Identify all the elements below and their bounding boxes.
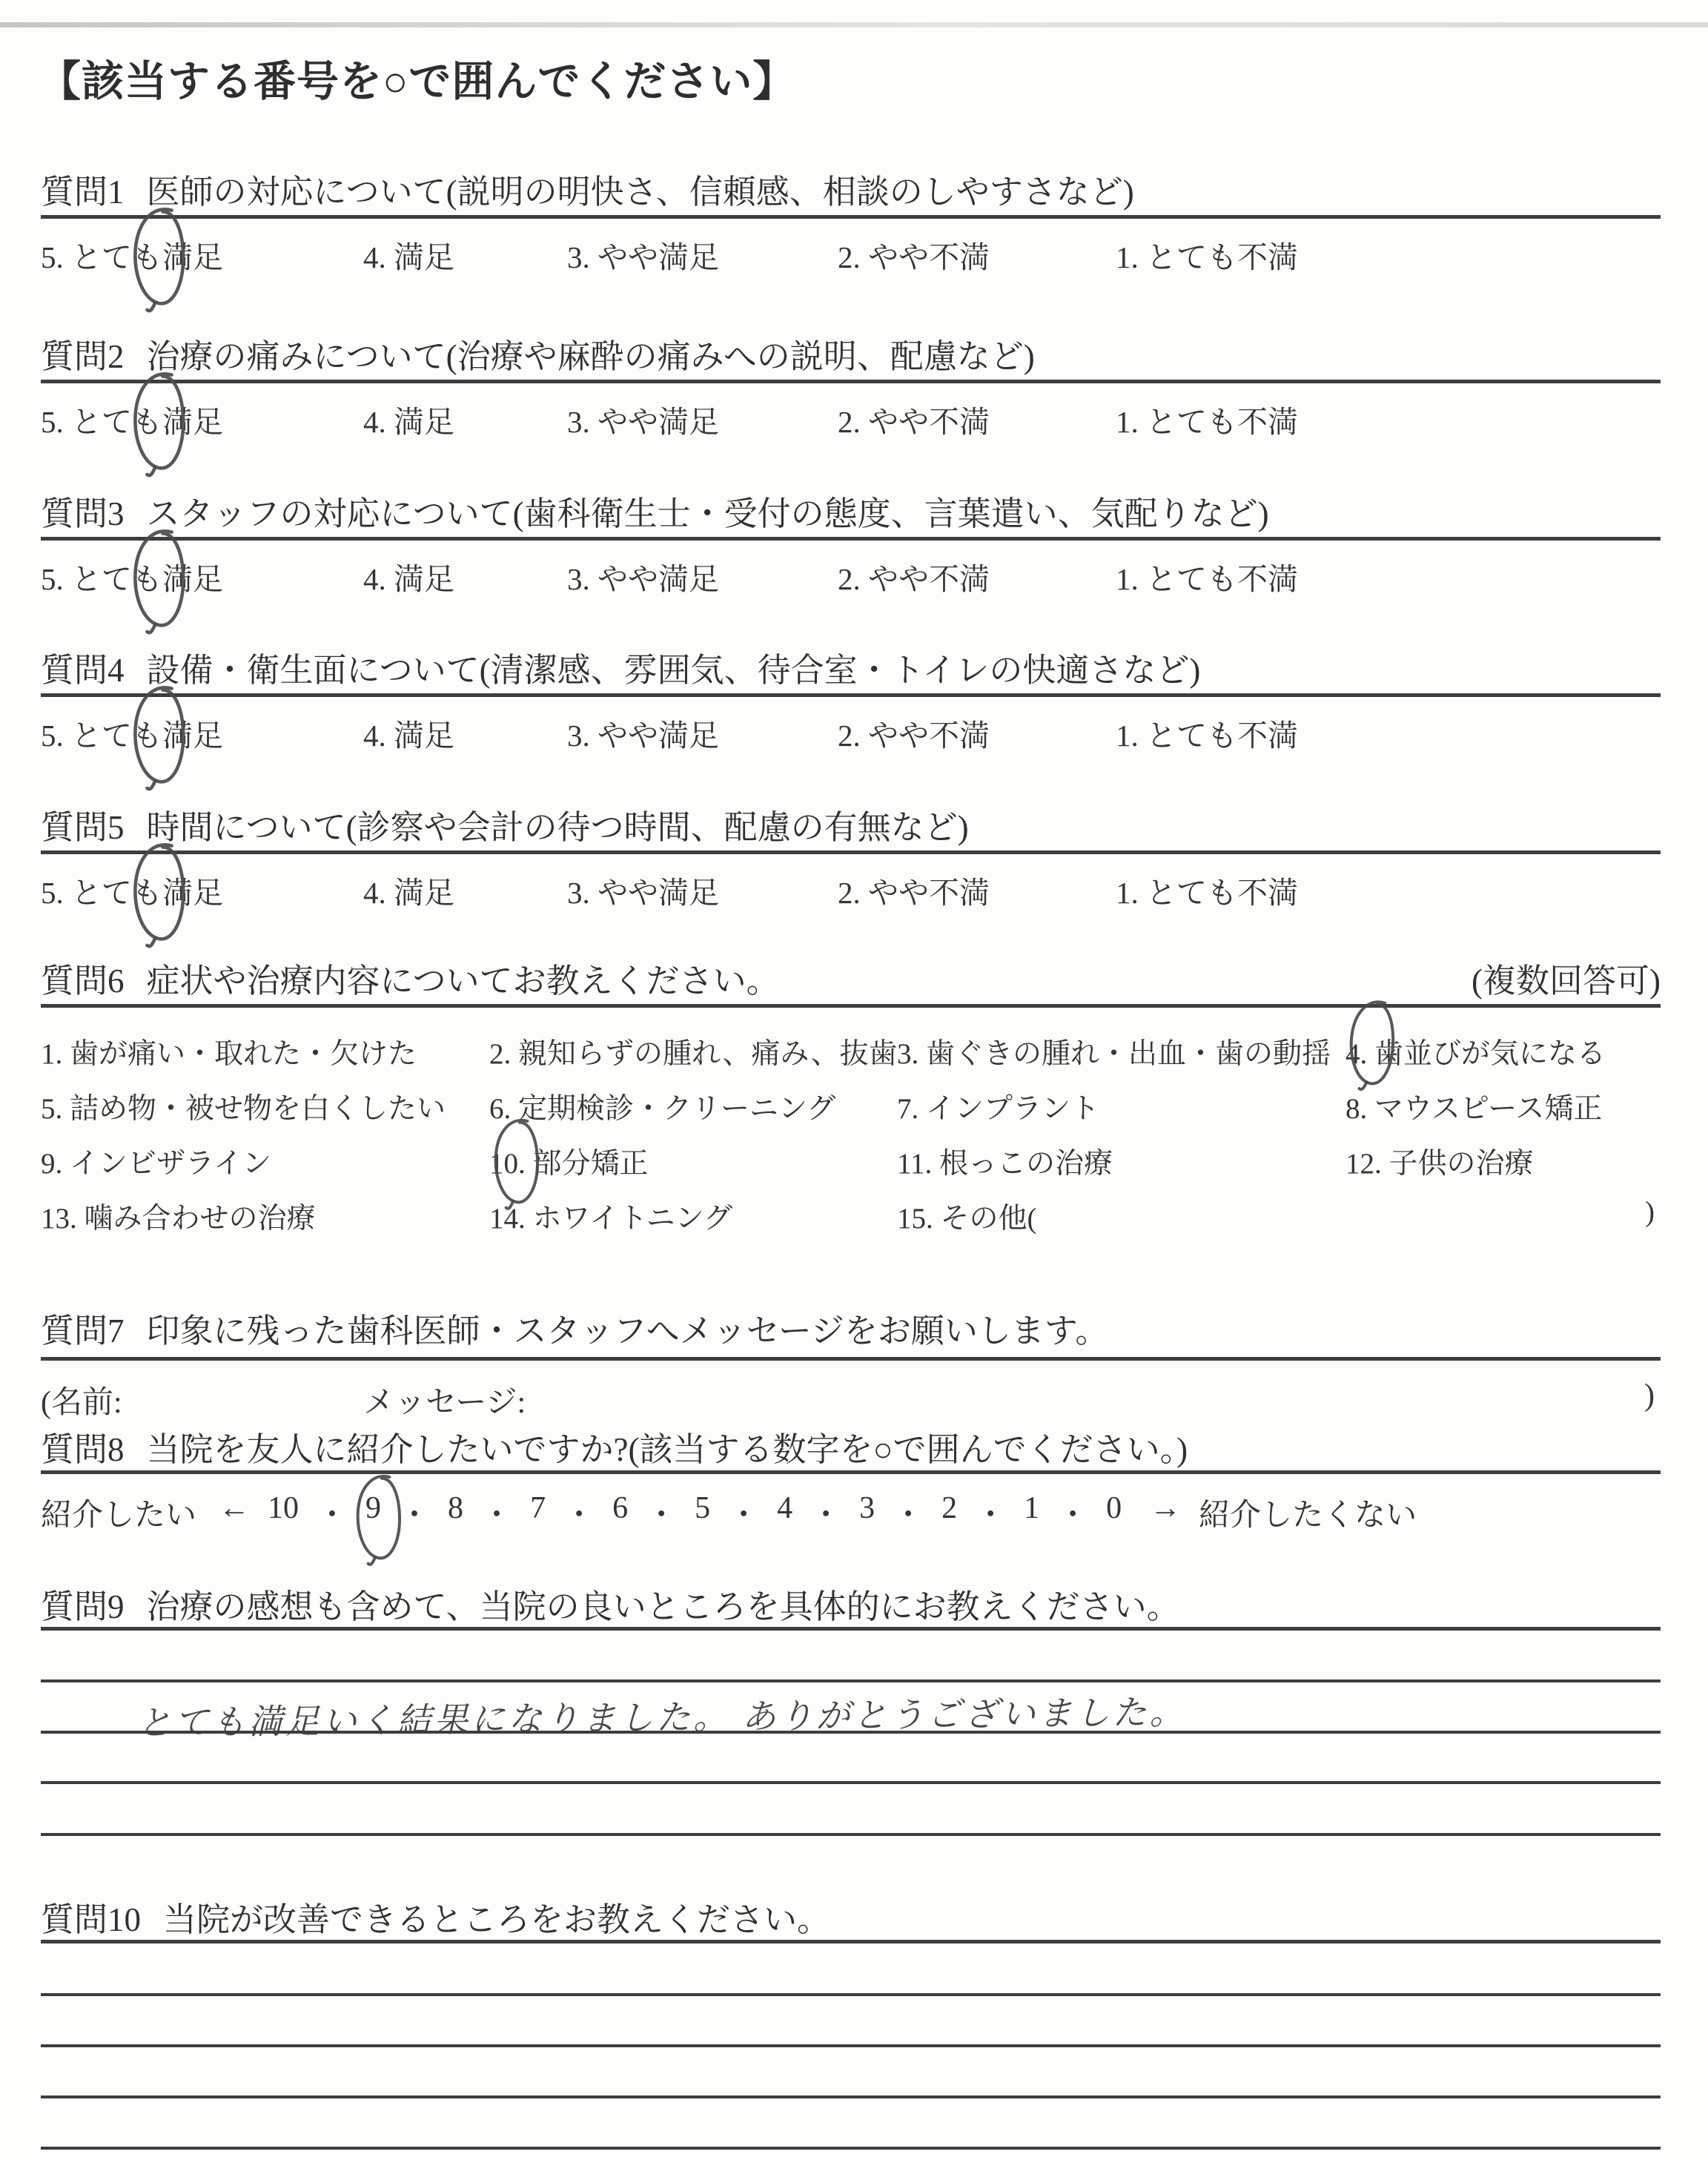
option-label: 5. とても満足 [41,876,223,910]
q6-item-1[interactable]: 1. 歯が痛い・取れた・欠けた [41,1031,417,1072]
question-1-options: 5. とても満足 4. 満足 3. やや満足 2. やや不満 1. とても不満 [41,233,1661,280]
q6-row-2: 5. 詰め物・被せ物を白くしたい 6. 定期検診・クリーニング 7. インプラン… [41,1086,1661,1132]
option-label: 1. とても不満 [1116,240,1298,274]
dot-separator: ・ [399,1490,430,1535]
name-field-label[interactable]: (名前: [41,1378,122,1422]
q6-item-11[interactable]: 11. 根っこの治療 [897,1140,1113,1182]
q6-item-5[interactable]: 5. 詰め物・被せ物を白くしたい [41,1086,446,1127]
question-5-heading: 質問5時間について(診察や会計の待つ時間、配慮の有無など) [41,800,1661,848]
writing-line[interactable] [41,1781,1661,1784]
option-label: 3. やや満足 [567,240,719,274]
scale-value-10[interactable]: 10 [268,1490,299,1526]
question-10: 質問10当院が改善できるところをお教えください。 [41,1892,1661,2156]
scale-value-1[interactable]: 1 [1024,1490,1039,1526]
dot-separator: ・ [317,1490,348,1535]
question-2-heading: 質問2治療の痛みについて(治療や麻酔の痛みへの説明、配慮など) [41,329,1661,377]
item-label: 13. 噛み合わせの治療 [41,1203,316,1235]
question-5-option-2[interactable]: 2. やや不満 [838,868,990,912]
q6-item-3[interactable]: 3. 歯ぐきの腫れ・出血・歯の動揺 [897,1031,1331,1072]
q6-item-12[interactable]: 12. 子供の治療 [1345,1140,1534,1182]
writing-line[interactable] [41,1731,1661,1734]
question-1-option-1[interactable]: 1. とても不満 [1116,233,1298,277]
q6-row-4: 13. 噛み合わせの治療 14. ホワイトニング 15. その他( ) [41,1195,1661,1241]
option-label: 4. 満足 [363,405,454,439]
question-5-option-3[interactable]: 3. やや満足 [567,868,719,912]
question-9-underline [41,1627,1661,1631]
q6-item-4[interactable]: 4. 歯並びが気になる [1345,1031,1606,1072]
question-6-heading: 質問6症状や治療内容についてお教えください。 [41,954,1661,1002]
dot-separator: ・ [646,1490,677,1535]
item-label: 8. マウスピース矯正 [1345,1093,1602,1125]
question-5-options: 5. とても満足 4. 満足 3. やや満足 2. やや不満 1. とても不満 [41,868,1661,916]
writing-line[interactable] [41,2095,1661,2098]
question-3-option-3[interactable]: 3. やや満足 [567,555,719,598]
option-label: 2. やや不満 [838,876,990,910]
item-label: 12. 子供の治療 [1345,1148,1534,1180]
question-4-heading: 質問4設備・衛生面について(清潔感、雰囲気、待合室・トイレの快適さなど) [41,643,1661,691]
right-arrow-icon: → [1150,1490,1181,1526]
option-label: 5. とても満足 [41,719,223,753]
question-8-underline [41,1470,1661,1474]
question-4-option-3[interactable]: 3. やや満足 [567,711,719,755]
question-2: 質問2治療の痛みについて(治療や麻酔の痛みへの説明、配慮など) 5. とても満足… [41,329,1661,377]
question-8: 質問8当院を友人に紹介したいですか?(該当する数字を○で囲んでください。) 紹介… [41,1422,1661,1571]
question-9: 質問9治療の感想も含めて、当院の良いところを具体的にお教えください。 とても満足… [41,1579,1661,1846]
question-3-option-1[interactable]: 1. とても不満 [1116,555,1298,598]
dot-separator: ・ [563,1490,595,1535]
question-2-title: 治療の痛みについて(治療や麻酔の痛みへの説明、配慮など) [147,338,1035,375]
question-2-underline [41,380,1661,383]
option-label: 5. とても満足 [41,405,223,439]
nps-scale-row: 紹介したい ← 10 ・ 9 ・ 8 ・ 7 ・ 6 ・ 5 ・ 4 ・ 3 ・… [41,1490,1661,1535]
option-label: 2. やや不満 [838,240,990,274]
scale-value-7[interactable]: 7 [530,1490,546,1526]
option-label: 1. とても不満 [1116,405,1298,439]
writing-line[interactable] [41,2044,1661,2047]
writing-line[interactable] [41,2147,1661,2150]
question-3-option-2[interactable]: 2. やや不満 [838,555,990,598]
option-label: 3. やや満足 [567,719,719,753]
question-10-number: 質問10 [41,1901,141,1938]
question-3: 質問3スタッフの対応について(歯科衛生士・受付の態度、言葉遣い、気配りなど) 5… [41,486,1661,535]
question-1-option-4[interactable]: 4. 満足 [363,233,454,277]
scale-value-4[interactable]: 4 [777,1490,792,1526]
multiple-answers-note: (複数回答可) [1472,954,1661,1002]
question-4-option-2[interactable]: 2. やや不満 [838,711,990,755]
question-7: 質問7印象に残った歯科医師・スタッフへメッセージをお願いします。 (名前: メッ… [41,1304,1661,1430]
question-5-option-4[interactable]: 4. 満足 [363,868,454,912]
q6-item-15[interactable]: 15. その他( [897,1195,1037,1237]
item-label: 3. 歯ぐきの腫れ・出血・歯の動揺 [897,1038,1331,1070]
question-3-heading: 質問3スタッフの対応について(歯科衛生士・受付の態度、言葉遣い、気配りなど) [41,486,1661,535]
option-label: 3. やや満足 [567,405,719,439]
question-10-underline [41,1940,1661,1943]
writing-line[interactable] [41,1993,1661,1996]
question-9-number: 質問9 [41,1588,125,1625]
question-1-number: 質問1 [41,174,125,211]
question-3-title: スタッフの対応について(歯科衛生士・受付の態度、言葉遣い、気配りなど) [147,495,1269,532]
item-label: 10. 部分矯正 [489,1148,649,1180]
item-label: 4. 歯並びが気になる [1345,1038,1606,1070]
dot-separator: ・ [975,1490,1006,1535]
dot-separator: ・ [893,1490,924,1535]
question-7-underline [41,1357,1661,1361]
question-4-option-1[interactable]: 1. とても不満 [1116,711,1298,755]
question-5-underline [41,851,1661,854]
question-2-options: 5. とても満足 4. 満足 3. やや満足 2. やや不満 1. とても不満 [41,397,1661,445]
scale-value-5[interactable]: 5 [695,1490,710,1526]
q6-item-6[interactable]: 6. 定期検診・クリーニング [489,1086,835,1127]
question-4-option-4[interactable]: 4. 満足 [363,711,454,755]
handwritten-answer: とても満足いく結果になりました。 ありがとうございました。 [137,1685,1187,1745]
question-7-title: 印象に残った歯科医師・スタッフへメッセージをお願いします。 [147,1312,1109,1350]
question-8-heading: 質問8当院を友人に紹介したいですか?(該当する数字を○で囲んでください。) [41,1422,1661,1470]
scale-left-label: 紹介したい [41,1490,196,1535]
option-label: 3. やや満足 [567,562,719,596]
scale-value-9[interactable]: 9 [365,1490,381,1526]
item-label: 9. インビザライン [41,1148,271,1180]
question-6-number: 質問6 [41,962,125,1000]
writing-line[interactable] [41,1680,1661,1682]
question-10-title: 当院が改善できるところをお教えください。 [163,1901,830,1938]
scale-value-6[interactable]: 6 [612,1490,628,1526]
dot-separator: ・ [728,1490,759,1535]
option-label: 4. 満足 [363,240,454,274]
q6-row-3: 9. インビザライン 10. 部分矯正 11. 根っこの治療 12. 子供の治療 [41,1140,1661,1186]
q7-answer-row: (名前: メッセージ: ) [41,1378,1661,1422]
option-label: 2. やや不満 [838,562,990,596]
question-6: 質問6症状や治療内容についてお教えください。 (複数回答可) 1. 歯が痛い・取… [41,954,1661,1250]
q6-item-13[interactable]: 13. 噛み合わせの治療 [41,1195,316,1237]
question-3-options: 5. とても満足 4. 満足 3. やや満足 2. やや不満 1. とても不満 [41,555,1661,602]
scale-value-label: 9 [365,1491,381,1525]
scale-value-8[interactable]: 8 [448,1490,463,1526]
option-label: 4. 満足 [363,719,454,753]
item-label: 14. ホワイトニング [489,1203,732,1235]
scale-right-label: 紹介したくない [1199,1490,1417,1535]
item-label: 1. 歯が痛い・取れた・欠けた [41,1038,417,1070]
question-4-number: 質問4 [41,652,125,689]
question-1-heading: 質問1医師の対応について(説明の明快さ、信頼感、相談のしやすさなど) [41,165,1661,213]
question-4-option-5[interactable]: 5. とても満足 [41,711,223,755]
option-label: 2. やや不満 [838,719,990,753]
question-4: 質問4設備・衛生面について(清潔感、雰囲気、待合室・トイレの快適さなど) 5. … [41,643,1661,691]
question-5-number: 質問5 [41,809,125,846]
item-label: 6. 定期検診・クリーニング [489,1093,835,1125]
writing-line[interactable] [41,1833,1661,1836]
dot-separator: ・ [481,1490,512,1535]
question-2-option-1[interactable]: 1. とても不満 [1116,397,1298,441]
q6-item-14[interactable]: 14. ホワイトニング [489,1195,732,1237]
q6-row-1: 1. 歯が痛い・取れた・欠けた 2. 親知らずの腫れ、痛み、抜歯 3. 歯ぐきの… [41,1031,1661,1077]
page-title: 【該当する番号を○で囲んでください】 [39,47,795,108]
question-2-number: 質問2 [41,338,125,375]
question-3-option-5[interactable]: 5. とても満足 [41,555,223,598]
scale-value-2[interactable]: 2 [941,1490,957,1526]
option-label: 4. 満足 [363,876,454,910]
scale-value-0[interactable]: 0 [1106,1490,1122,1526]
question-1-underline [41,215,1661,219]
dot-separator: ・ [1057,1490,1088,1535]
question-7-heading: 質問7印象に残った歯科医師・スタッフへメッセージをお願いします。 [41,1304,1661,1352]
dot-separator: ・ [810,1490,841,1535]
question-4-underline [41,693,1661,697]
question-2-option-4[interactable]: 4. 満足 [363,397,454,441]
item-label: 5. 詰め物・被せ物を白くしたい [41,1093,446,1125]
scan-artifact-line [0,22,1708,27]
scale-value-3[interactable]: 3 [859,1490,875,1526]
close-paren: ) [1644,1378,1655,1413]
option-label: 4. 満足 [363,562,454,596]
option-label: 5. とても満足 [41,562,223,596]
question-6-underline [41,1004,1661,1008]
question-5: 質問5時間について(診察や会計の待つ時間、配慮の有無など) 5. とても満足 4… [41,800,1661,848]
question-5-option-5[interactable]: 5. とても満足 [41,868,223,912]
question-2-option-2[interactable]: 2. やや不満 [838,397,990,441]
question-9-heading: 質問9治療の感想も含めて、当院の良いところを具体的にお教えください。 [41,1579,1661,1628]
option-label: 1. とても不満 [1116,719,1298,753]
q6-item-8[interactable]: 8. マウスピース矯正 [1345,1086,1602,1127]
question-2-option-3[interactable]: 3. やや満足 [567,397,719,441]
question-9-title: 治療の感想も含めて、当院の良いところを具体的にお教えください。 [147,1588,1180,1625]
question-1-option-2[interactable]: 2. やや不満 [838,233,990,277]
option-label: 5. とても満足 [41,240,223,274]
item-label: 7. インプラント [897,1093,1099,1125]
question-2-option-5[interactable]: 5. とても満足 [41,397,223,441]
q6-item-2[interactable]: 2. 親知らずの腫れ、痛み、抜歯 [489,1031,898,1072]
question-4-title: 設備・衛生面について(清潔感、雰囲気、待合室・トイレの快適さなど) [147,652,1201,689]
survey-sheet: 【該当する番号を○で囲んでください】 質問1医師の対応について(説明の明快さ、信… [0,0,1708,2160]
item-label: 11. 根っこの治療 [897,1148,1113,1180]
question-3-underline [41,537,1661,541]
q6-item-10[interactable]: 10. 部分矯正 [489,1140,649,1182]
question-3-number: 質問3 [41,495,125,532]
q6-item-15-close-paren: ) [1645,1195,1655,1229]
question-10-heading: 質問10当院が改善できるところをお教えください。 [41,1892,1661,1941]
item-label: 2. 親知らずの腫れ、痛み、抜歯 [489,1038,898,1070]
question-1: 質問1医師の対応について(説明の明快さ、信頼感、相談のしやすさなど) 5. とて… [41,165,1661,213]
item-label: 15. その他( [897,1203,1037,1235]
question-1-title: 医師の対応について(説明の明快さ、信頼感、相談のしやすさなど) [147,174,1134,211]
option-label: 1. とても不満 [1116,876,1298,910]
question-1-option-5[interactable]: 5. とても満足 [41,233,223,277]
question-7-number: 質問7 [41,1312,125,1350]
left-arrow-icon: ← [219,1490,250,1526]
q6-item-9[interactable]: 9. インビザライン [41,1140,271,1182]
question-5-option-1[interactable]: 1. とても不満 [1116,868,1298,912]
option-label: 1. とても不満 [1116,562,1298,596]
question-3-option-4[interactable]: 4. 満足 [363,555,454,598]
message-field-label[interactable]: メッセージ: [363,1378,526,1422]
option-label: 2. やや不満 [838,405,990,439]
question-8-number: 質問8 [41,1431,125,1468]
q6-item-7[interactable]: 7. インプラント [897,1086,1099,1127]
question-1-option-3[interactable]: 3. やや満足 [567,233,719,277]
question-5-title: 時間について(診察や会計の待つ時間、配慮の有無など) [147,809,969,846]
question-6-title: 症状や治療内容についてお教えください。 [147,962,780,1000]
option-label: 3. やや満足 [567,876,719,910]
question-8-title: 当院を友人に紹介したいですか?(該当する数字を○で囲んでください。) [147,1431,1188,1468]
question-4-options: 5. とても満足 4. 満足 3. やや満足 2. やや不満 1. とても不満 [41,711,1661,759]
